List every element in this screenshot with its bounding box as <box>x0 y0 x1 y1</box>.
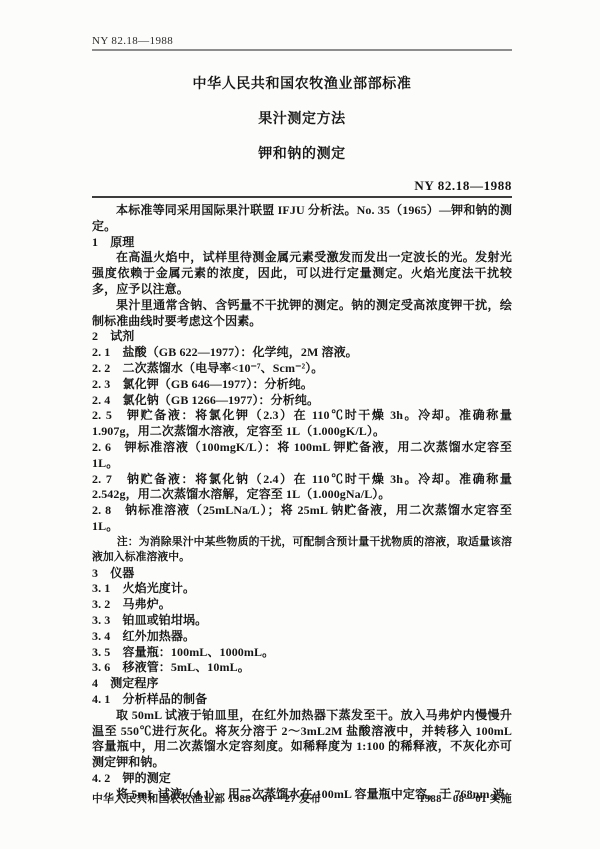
header-rule <box>92 49 512 51</box>
clause-3-6: 3. 6 移液管：5mL、10mL。 <box>92 660 512 676</box>
clause-2-4: 2. 4 氯化钠（GB 1266—1977）：分析纯。 <box>92 393 512 409</box>
clause-3-2: 3. 2 马弗炉。 <box>92 597 512 613</box>
clause-2-2: 2. 2 二次蒸馏水（电导率<10⁻⁷、Scm⁻²）。 <box>92 361 512 377</box>
page-content: NY 82.18—1988 中华人民共和国农牧渔业部部标准 果汁测定方法 钾和钠… <box>92 0 512 803</box>
clause-2-3: 2. 3 氯化钾（GB 646—1977）：分析纯。 <box>92 377 512 393</box>
clause-4-1-heading: 4. 1 分析样品的制备 <box>92 692 512 708</box>
clause-2-5: 2. 5 钾贮备液：将氯化钾（2.3）在 110℃时干燥 3h。冷却。准确称量 … <box>92 408 512 440</box>
section-1-paragraph-1: 在高温火焰中，试样里待测金属元素受激发而发出一定波长的光。发射光强度依赖于金属元… <box>92 250 512 297</box>
clause-2-8: 2. 8 钠标准溶液（25mLNa/L）；将 25mL 钠贮备液，用二次蒸馏水定… <box>92 503 512 535</box>
document-title-method: 果汁测定方法 <box>92 108 512 128</box>
section-1-paragraph-2: 果汁里通常含钠、含钙量不干扰钾的测定。钠的测定受高浓度钾干扰，绘制标准曲线时要考… <box>92 298 512 330</box>
standard-number-top-left: NY 82.18—1988 <box>92 35 512 47</box>
document-title-authority: 中华人民共和国农牧渔业部部标准 <box>92 73 512 93</box>
section-1-heading: 1 原理 <box>92 235 512 251</box>
standard-number-right: NY 82.18—1988 <box>92 178 512 194</box>
clause-3-1: 3. 1 火焰光度计。 <box>92 581 512 597</box>
intro-paragraph: 本标准等同采用国际果汁联盟 IFJU 分析法。No. 35（1965）—钾和钠的… <box>92 203 512 235</box>
section-4-heading: 4 测定程序 <box>92 676 512 692</box>
document-title-subject: 钾和钠的测定 <box>92 143 512 163</box>
standard-document-page: NY 82.18—1988 中华人民共和国农牧渔业部部标准 果汁测定方法 钾和钠… <box>0 0 600 849</box>
section-2-note: 注：为消除果汁中某些物质的干扰，可配制含预计量干扰物质的溶液，取适量该溶液加入标… <box>92 535 512 566</box>
clause-2-6: 2. 6 钾标准溶液（100mgK/L）：将 100mL 钾贮备液，用二次蒸馏水… <box>92 440 512 472</box>
section-3-heading: 3 仪器 <box>92 566 512 582</box>
footer-effective-date: 1988－08－01 实施 <box>419 791 512 806</box>
clause-2-7: 2. 7 钠贮备液：将氯化钠（2.4）在 110℃时干燥 3h。冷却。准确称量 … <box>92 472 512 504</box>
clause-3-3: 3. 3 铂皿或铂坩埚。 <box>92 613 512 629</box>
clause-4-1-paragraph: 取 50mL 试液于铂皿里，在红外加热器下蒸发至干。放入马弗炉内慢慢升温至 55… <box>92 708 512 771</box>
clause-3-5: 3. 5 容量瓶：100mL、1000mL。 <box>92 645 512 661</box>
clause-3-4: 3. 4 红外加热器。 <box>92 629 512 645</box>
section-2-heading: 2 试剂 <box>92 329 512 345</box>
clause-2-1: 2. 1 盐酸（GB 622—1977）：化学纯，2M 溶液。 <box>92 345 512 361</box>
clause-4-2-heading: 4. 2 钾的测定 <box>92 771 512 787</box>
page-footer: 中华人民共和国农牧渔业部 1988－01－27 发布 1988－08－01 实施 <box>92 791 512 806</box>
title-rule <box>92 196 512 198</box>
footer-issued-by: 中华人民共和国农牧渔业部 1988－01－27 发布 <box>92 791 321 806</box>
document-body: 本标准等同采用国际果汁联盟 IFJU 分析法。No. 35（1965）—钾和钠的… <box>92 203 512 803</box>
